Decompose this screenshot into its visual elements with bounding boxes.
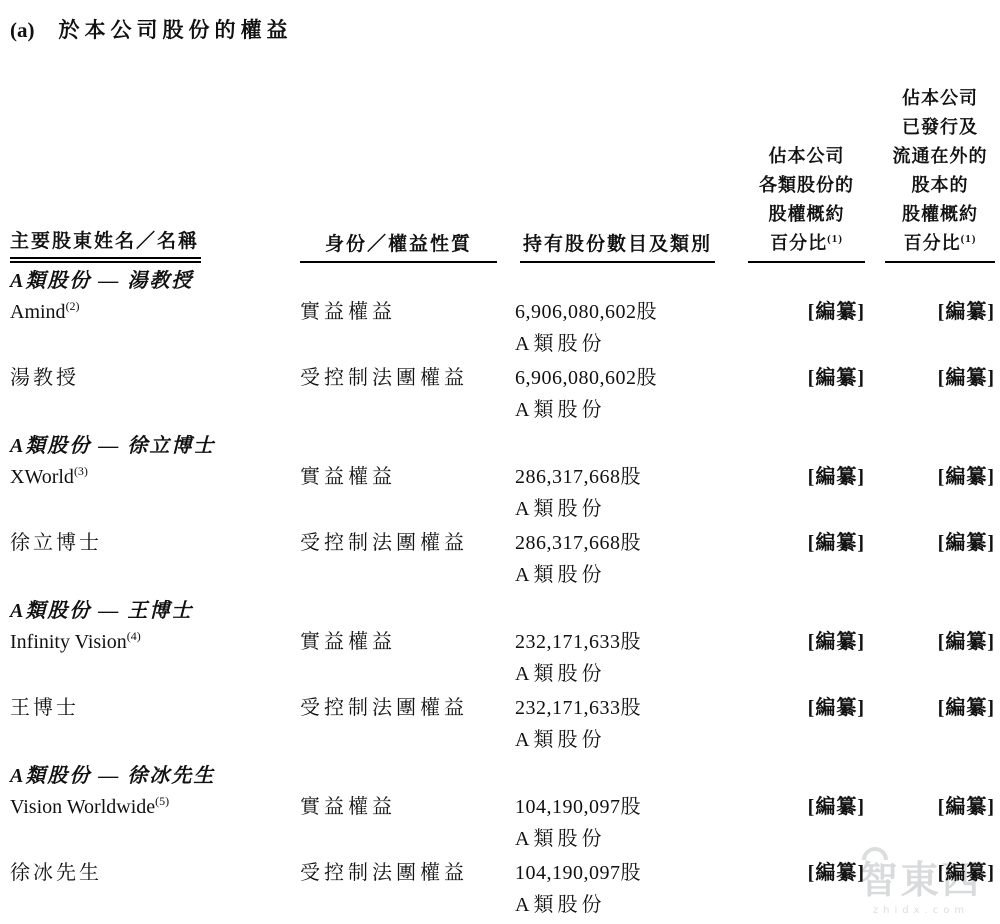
table-row: Vision Worldwide(5) 實益權益 104,190,097股 A類…: [10, 791, 995, 857]
shareholder-name: 王博士: [10, 692, 300, 758]
document-page: (a)於本公司股份的權益 主要股東姓名／名稱 身份／權益性質 持有股份數目及類別…: [0, 0, 1000, 923]
shares-class: A類股份: [515, 724, 740, 756]
shareholder-name: Vision Worldwide(5): [10, 791, 300, 857]
section-title-row: A類股份 — 徐立博士: [10, 428, 995, 461]
table-row: 徐立博士 受控制法團權益 286,317,668股 A類股份 [編纂] [編纂]: [10, 527, 995, 593]
pct-class-cell: [編纂]: [740, 626, 865, 692]
section-title-row: A類股份 — 王博士: [10, 593, 995, 626]
footnote-ref: (1): [827, 233, 843, 245]
shares-count: 286,317,668股: [515, 527, 740, 559]
col-header-shareholder-label: 主要股東姓名／名稱: [10, 226, 201, 263]
shares-cell: 286,317,668股 A類股份: [515, 527, 740, 593]
shareholder-name: 徐冰先生: [10, 857, 300, 923]
pct-class-line: 各類股份的: [748, 171, 865, 200]
pct-class-cell: [編纂]: [740, 527, 865, 593]
pct-total-cell: [編纂]: [865, 461, 995, 527]
pct-total-cell: [編纂]: [865, 626, 995, 692]
heading-index: (a): [10, 18, 35, 42]
footnote-ref: (1): [961, 233, 977, 245]
shareholder-name: 徐立博士: [10, 527, 300, 593]
shares-count: 104,190,097股: [515, 791, 740, 823]
shares-cell: 6,906,080,602股 A類股份: [515, 296, 740, 362]
table-row: 王博士 受控制法團權益 232,171,633股 A類股份 [編纂] [編纂]: [10, 692, 995, 758]
col-header-pct-total-block: 佔本公司 已發行及 流通在外的 股本的 股權概約 百分比(1): [885, 84, 995, 263]
col-header-shares-label: 持有股份數目及類別: [520, 229, 715, 263]
table-row: Infinity Vision(4) 實益權益 232,171,633股 A類股…: [10, 626, 995, 692]
capacity-cell: 受控制法團權益: [300, 692, 515, 758]
section-title: A類股份 — 徐冰先生: [10, 758, 995, 791]
shareholder-name: 湯教授: [10, 362, 300, 428]
document-heading: (a)於本公司股份的權益: [10, 14, 995, 46]
capacity-cell: 受控制法團權益: [300, 527, 515, 593]
shareholder-name: Infinity Vision(4): [10, 626, 300, 692]
pct-class-cell: [編纂]: [740, 461, 865, 527]
shares-cell: 104,190,097股 A類股份: [515, 857, 740, 923]
col-header-capacity: 身份／權益性質: [300, 84, 515, 263]
section-title: A類股份 — 湯教授: [10, 263, 995, 296]
pct-class-cell: [編纂]: [740, 296, 865, 362]
capacity-cell: 實益權益: [300, 461, 515, 527]
section-title-row: A類股份 — 湯教授: [10, 263, 995, 296]
shares-class: A類股份: [515, 394, 740, 426]
shares-class: A類股份: [515, 658, 740, 690]
capacity-cell: 受控制法團權益: [300, 362, 515, 428]
col-header-pct-total: 佔本公司 已發行及 流通在外的 股本的 股權概約 百分比(1): [865, 84, 995, 263]
shares-cell: 286,317,668股 A類股份: [515, 461, 740, 527]
shareholder-name: XWorld(3): [10, 461, 300, 527]
col-header-pct-class: 佔本公司 各類股份的 股權概約 百分比(1): [740, 84, 865, 263]
shareholders-table: 主要股東姓名／名稱 身份／權益性質 持有股份數目及類別 佔本公司 各類股份的 股…: [10, 84, 995, 923]
capacity-cell: 實益權益: [300, 296, 515, 362]
pct-class-cell: [編纂]: [740, 857, 865, 923]
table-row: Amind(2) 實益權益 6,906,080,602股 A類股份 [編纂] […: [10, 296, 995, 362]
shares-class: A類股份: [515, 493, 740, 525]
table-header-row: 主要股東姓名／名稱 身份／權益性質 持有股份數目及類別 佔本公司 各類股份的 股…: [10, 84, 995, 263]
section-title: A類股份 — 徐立博士: [10, 428, 995, 461]
shares-count: 6,906,080,602股: [515, 296, 740, 328]
shares-class: A類股份: [515, 889, 740, 921]
table-row: XWorld(3) 實益權益 286,317,668股 A類股份 [編纂] [編…: [10, 461, 995, 527]
capacity-cell: 實益權益: [300, 791, 515, 857]
pct-total-line: 已發行及: [885, 113, 995, 142]
pct-total-cell: [編纂]: [865, 692, 995, 758]
pct-class-cell: [編纂]: [740, 692, 865, 758]
footnote-ref: (5): [155, 794, 169, 808]
pct-class-line: 佔本公司: [748, 142, 865, 171]
pct-total-line: 佔本公司: [885, 84, 995, 113]
capacity-cell: 實益權益: [300, 626, 515, 692]
footnote-ref: (4): [127, 629, 141, 643]
shares-cell: 104,190,097股 A類股份: [515, 791, 740, 857]
footnote-ref: (3): [74, 464, 88, 478]
pct-total-cell: [編纂]: [865, 791, 995, 857]
shares-count: 286,317,668股: [515, 461, 740, 493]
shares-count: 232,171,633股: [515, 692, 740, 724]
pct-total-line: 股本的: [885, 171, 995, 200]
section-title: A類股份 — 王博士: [10, 593, 995, 626]
pct-total-cell: [編纂]: [865, 362, 995, 428]
pct-total-cell: [編纂]: [865, 527, 995, 593]
col-header-capacity-label: 身份／權益性質: [300, 229, 497, 263]
section-title-row: A類股份 — 徐冰先生: [10, 758, 995, 791]
capacity-cell: 受控制法團權益: [300, 857, 515, 923]
heading-text: 於本公司股份的權益: [59, 18, 293, 42]
shares-count: 232,171,633股: [515, 626, 740, 658]
pct-total-cell: [編纂]: [865, 296, 995, 362]
shares-cell: 6,906,080,602股 A類股份: [515, 362, 740, 428]
shares-count: 104,190,097股: [515, 857, 740, 889]
pct-total-line: 股權概約: [885, 200, 995, 229]
shareholder-name: Amind(2): [10, 296, 300, 362]
pct-class-cell: [編纂]: [740, 791, 865, 857]
shares-cell: 232,171,633股 A類股份: [515, 692, 740, 758]
footnote-ref: (2): [66, 299, 80, 313]
table-row: 徐冰先生 受控制法團權益 104,190,097股 A類股份 [編纂] [編纂]: [10, 857, 995, 923]
pct-class-line: 百分比(1): [748, 229, 865, 258]
col-header-shareholder: 主要股東姓名／名稱: [10, 84, 300, 263]
table-row: 湯教授 受控制法團權益 6,906,080,602股 A類股份 [編纂] [編纂…: [10, 362, 995, 428]
pct-total-line: 百分比(1): [885, 229, 995, 258]
col-header-shares: 持有股份數目及類別: [515, 84, 740, 263]
shares-class: A類股份: [515, 559, 740, 591]
pct-class-cell: [編纂]: [740, 362, 865, 428]
shares-count: 6,906,080,602股: [515, 362, 740, 394]
shares-class: A類股份: [515, 823, 740, 855]
shares-class: A類股份: [515, 328, 740, 360]
col-header-pct-class-block: 佔本公司 各類股份的 股權概約 百分比(1): [748, 142, 865, 263]
pct-class-line: 股權概約: [748, 200, 865, 229]
pct-total-line: 流通在外的: [885, 142, 995, 171]
pct-total-cell: [編纂]: [865, 857, 995, 923]
shares-cell: 232,171,633股 A類股份: [515, 626, 740, 692]
